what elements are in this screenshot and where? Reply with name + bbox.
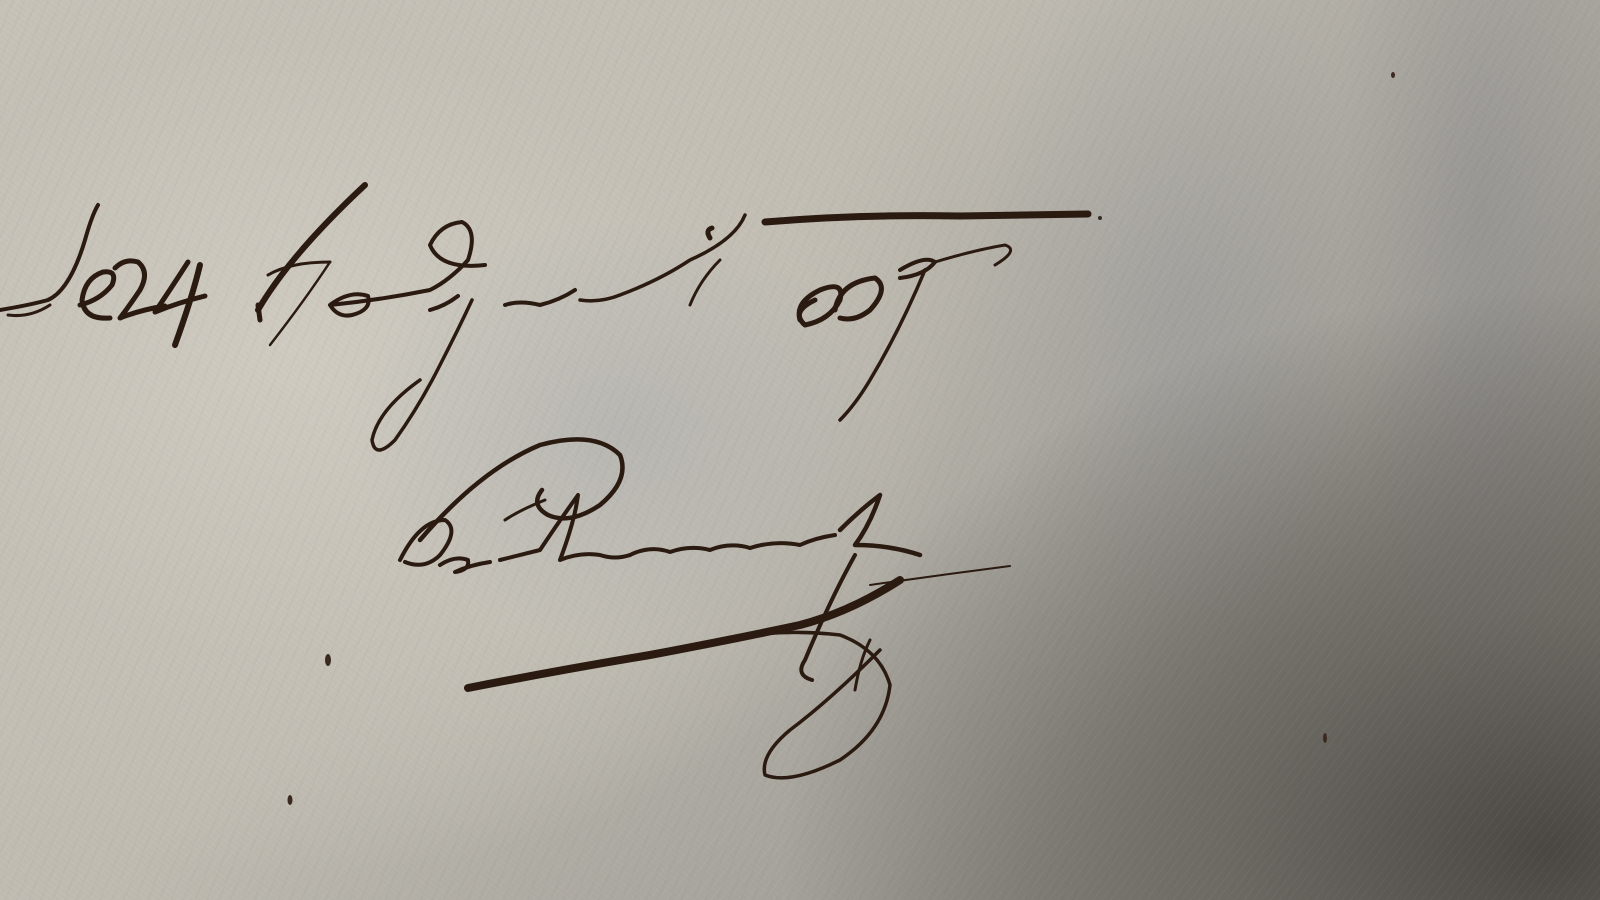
- handwriting: [0, 0, 1600, 900]
- document-photo: de 24 Abril 809 Palomino: [0, 0, 1600, 900]
- paper-specks: [288, 72, 1396, 805]
- signature-ink: [400, 439, 1010, 777]
- date-line-ink: [0, 185, 1088, 450]
